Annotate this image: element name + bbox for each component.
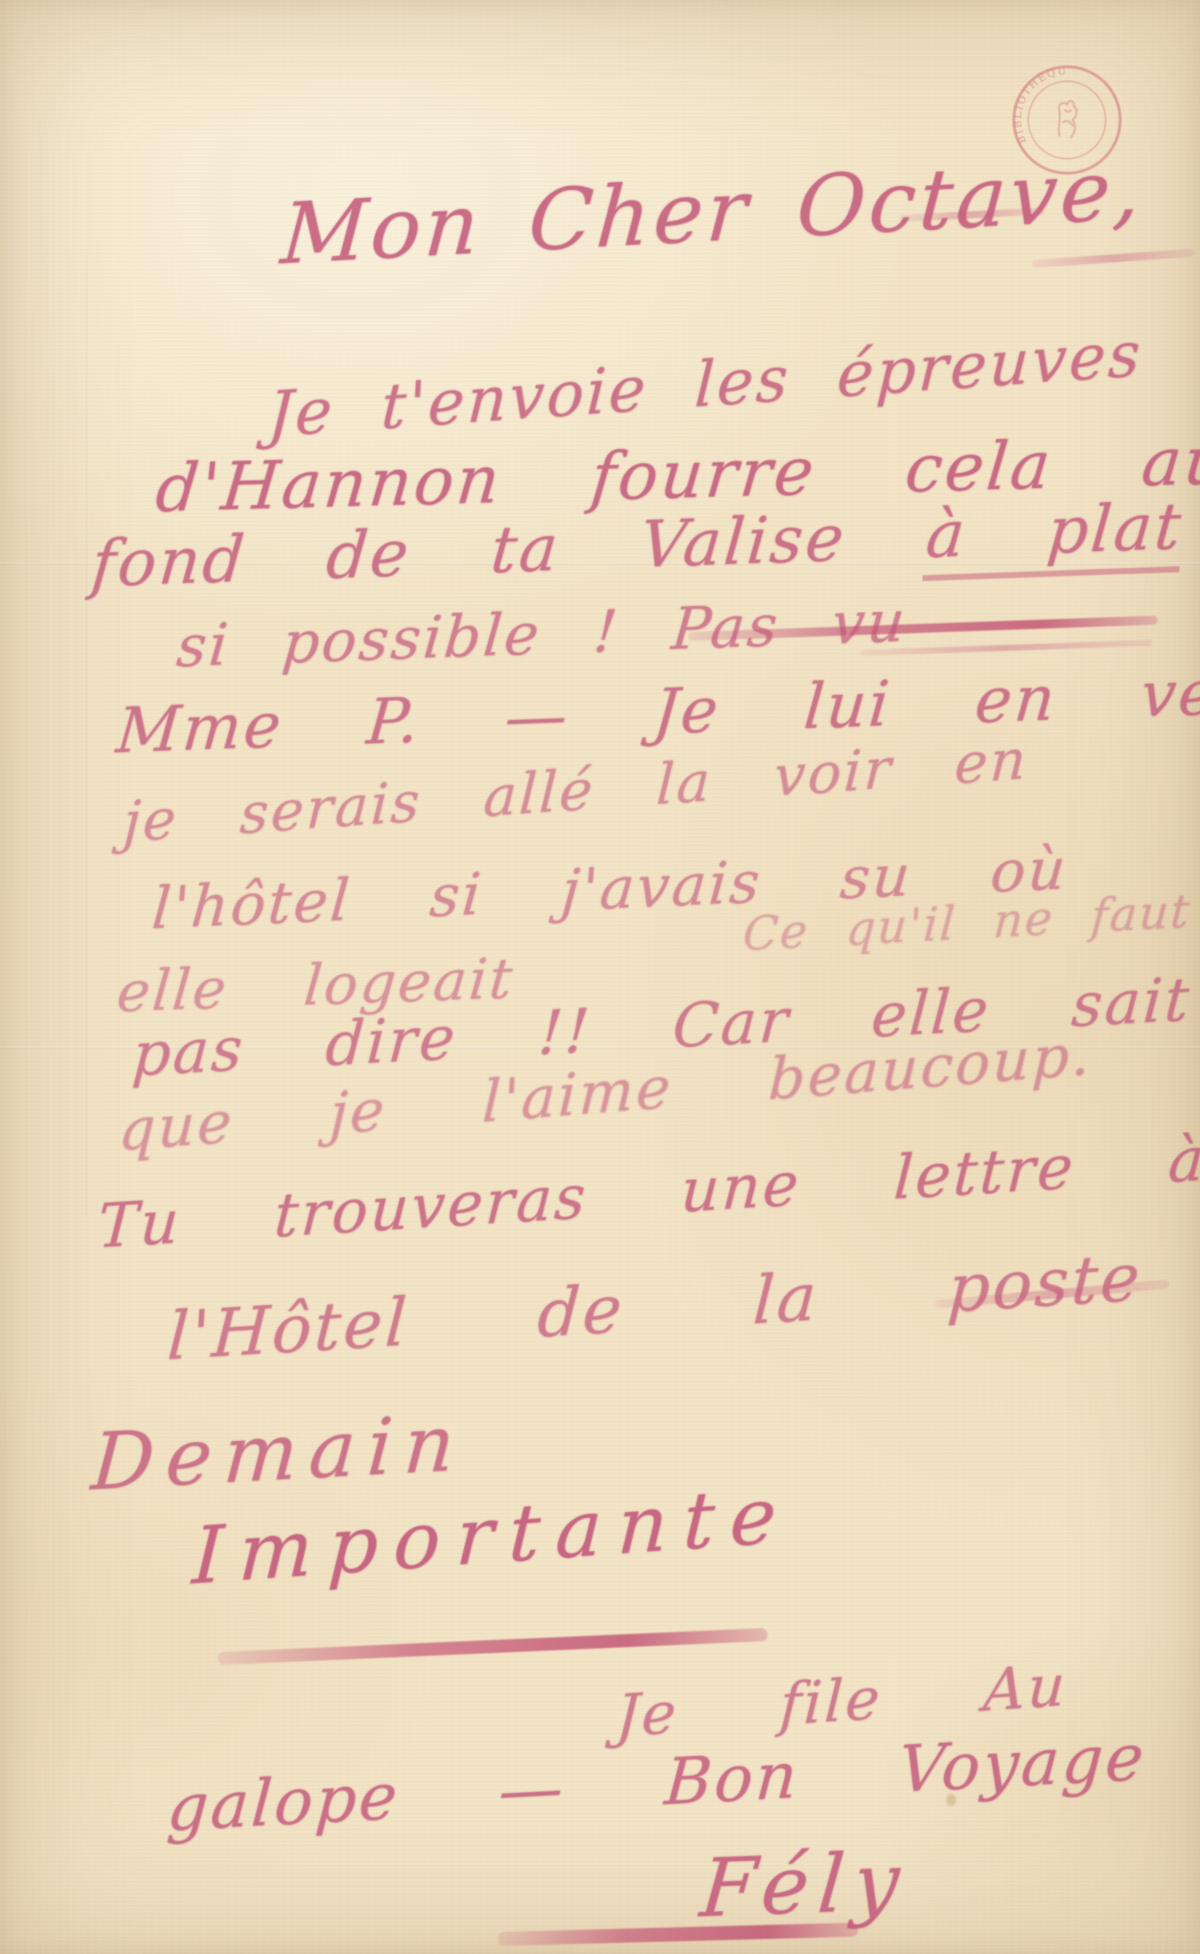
letter-line-4: si possible ! Pas vu <box>174 587 910 681</box>
letter-line-13: l'Hôtel de la poste <box>165 1238 1144 1375</box>
letter-line-14: Demain <box>89 1398 469 1508</box>
emphasis-underline <box>218 1628 768 1665</box>
letter-page: BIBLIOTHÈQUE ROYALE DE BELGIQUE Mon Cher… <box>0 0 1200 1954</box>
stamp-lion-emblem <box>1059 101 1077 137</box>
paper-crease-vertical <box>86 255 89 1215</box>
signature-flourish <box>498 1923 858 1946</box>
salutation-swash <box>1032 249 1194 268</box>
signature: Fély <box>697 1835 913 1936</box>
a-plat-underlined: à plat <box>922 490 1186 581</box>
